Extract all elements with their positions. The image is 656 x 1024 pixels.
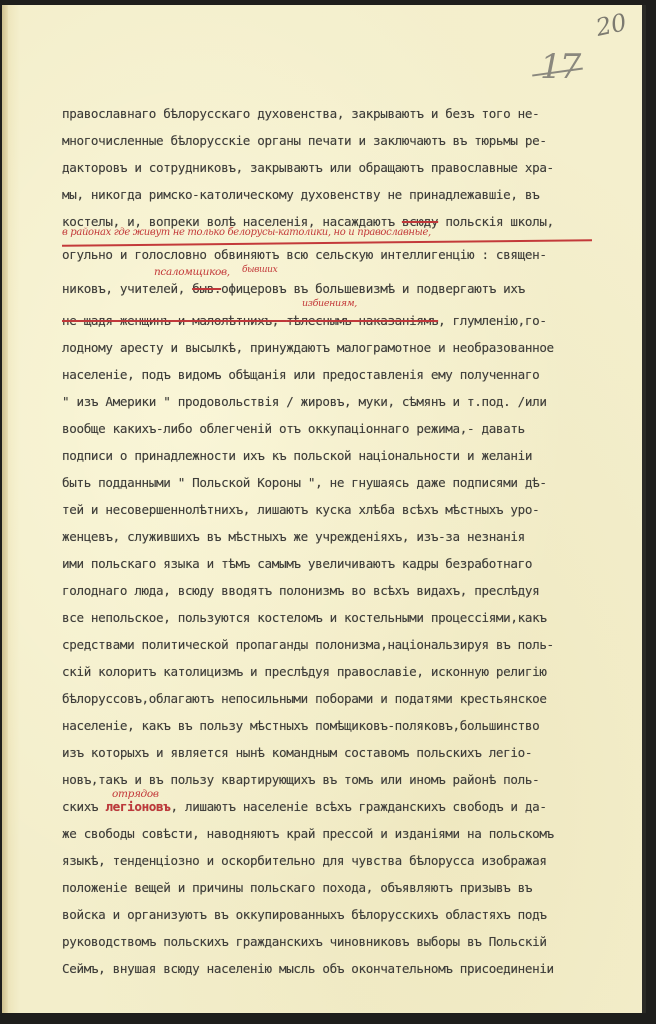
struck-old-folio: 17 (540, 47, 579, 87)
text-line: вообще какихъ-либо облегченій отъ оккупа… (62, 420, 525, 438)
page-left-edge (2, 5, 8, 1013)
struck-word: быв. (192, 281, 221, 296)
folio-number: 20 (593, 8, 629, 42)
struck-text: не щадя женщинъ и малолѣтнихъ, (62, 313, 286, 328)
text-line: голоднаго люда, всюду вводятъ полонизмъ … (62, 582, 539, 600)
text-segment: скихъ (62, 799, 105, 814)
text-segment: , глумленію,го- (438, 313, 546, 328)
text-segment: польскія школы, (438, 214, 554, 229)
handwritten-above-former: бывших (242, 265, 277, 275)
text-line: средствами политической пропаганды полон… (62, 636, 554, 654)
text-line: быть подданными " Польской Короны ", не … (62, 474, 547, 492)
text-line: ими польскаго языка и тѣмъ самымъ увелич… (62, 555, 532, 573)
text-line: языкѣ, тенденціозно и оскорбительно для … (62, 852, 547, 870)
text-line: Сеймъ, внушая всюду населенію мысль объ … (62, 960, 554, 978)
document-page: 20 17 православнаго бѣлорусскаго духовен… (2, 5, 646, 1013)
text-line: руководствомъ польскихъ гражданскихъ чин… (62, 933, 547, 951)
text-segment: офицеровъ въ большевизмѣ и подвергаютъ и… (221, 281, 525, 296)
text-line: лодному аресту и высылкѣ, принуждаютъ ма… (62, 339, 554, 357)
text-line: православнаго бѣлорусскаго духовенства, … (62, 105, 539, 123)
text-line: подписи о принадлежности ихъ къ польской… (62, 447, 532, 465)
text-line: дакторовъ и сотрудниковъ, закрываютъ или… (62, 159, 554, 177)
text-segment: , лишаютъ населеніе всѣхъ гражданскихъ с… (171, 799, 547, 814)
struck-word-red: легіоновъ (105, 799, 170, 814)
text-line: многочисленные бѣлорусскіе органы печати… (62, 132, 547, 150)
text-segment: никовъ, учителей, (62, 281, 192, 296)
text-line: скихъ легіоновъ, лишаютъ населеніе всѣхъ… (62, 798, 547, 816)
handwritten-insertion: в районах где живут не только белорусы-к… (62, 227, 431, 238)
page-right-shadow (642, 5, 646, 1013)
text-line: все непольское, пользуются костеломъ и к… (62, 609, 547, 627)
text-line: никовъ, учителей, быв.офицеровъ въ больш… (62, 280, 525, 298)
text-line: изъ которыхъ и является нынѣ командным с… (62, 744, 532, 762)
text-line: населеніе, какъ въ пользу мѣстныхъ помѣщ… (62, 717, 539, 735)
text-line: мы, никогда римско-католическому духовен… (62, 186, 539, 204)
text-line: бѣлоруссовъ,облагаютъ непосильными побор… (62, 690, 547, 708)
text-line: не щадя женщинъ и малолѣтнихъ, тѣлеснымъ… (62, 312, 547, 330)
text-line: огульно и голословно обвиняютъ всю сельс… (62, 246, 547, 264)
text-line: положеніе вещей и причины польскаго похо… (62, 879, 532, 897)
text-line: тей и несовершеннолѣтнихъ, лишаютъ куска… (62, 501, 539, 519)
struck-text: тѣлеснымъ наказаніямъ (286, 313, 438, 328)
text-line: скій колоритъ католицизмъ и преслѣдуя пр… (62, 663, 547, 681)
text-line: " изъ Америки " продовольствія / жировъ,… (62, 393, 547, 411)
text-line: новъ,такъ и въ пользу квартирующихъ въ т… (62, 771, 539, 789)
text-line: населеніе, подъ видомъ обѣщанія или пред… (62, 366, 539, 384)
handwritten-above-line: избиениям, (302, 298, 357, 309)
text-line: женцевъ, служившихъ въ мѣстныхъ же учреж… (62, 528, 525, 546)
handwritten-above-teachers: псаломщиков, (154, 266, 230, 278)
text-line: войска и организуютъ въ оккупированныхъ … (62, 906, 547, 924)
text-line: же свободы совѣсти, наводняютъ край прес… (62, 825, 554, 843)
